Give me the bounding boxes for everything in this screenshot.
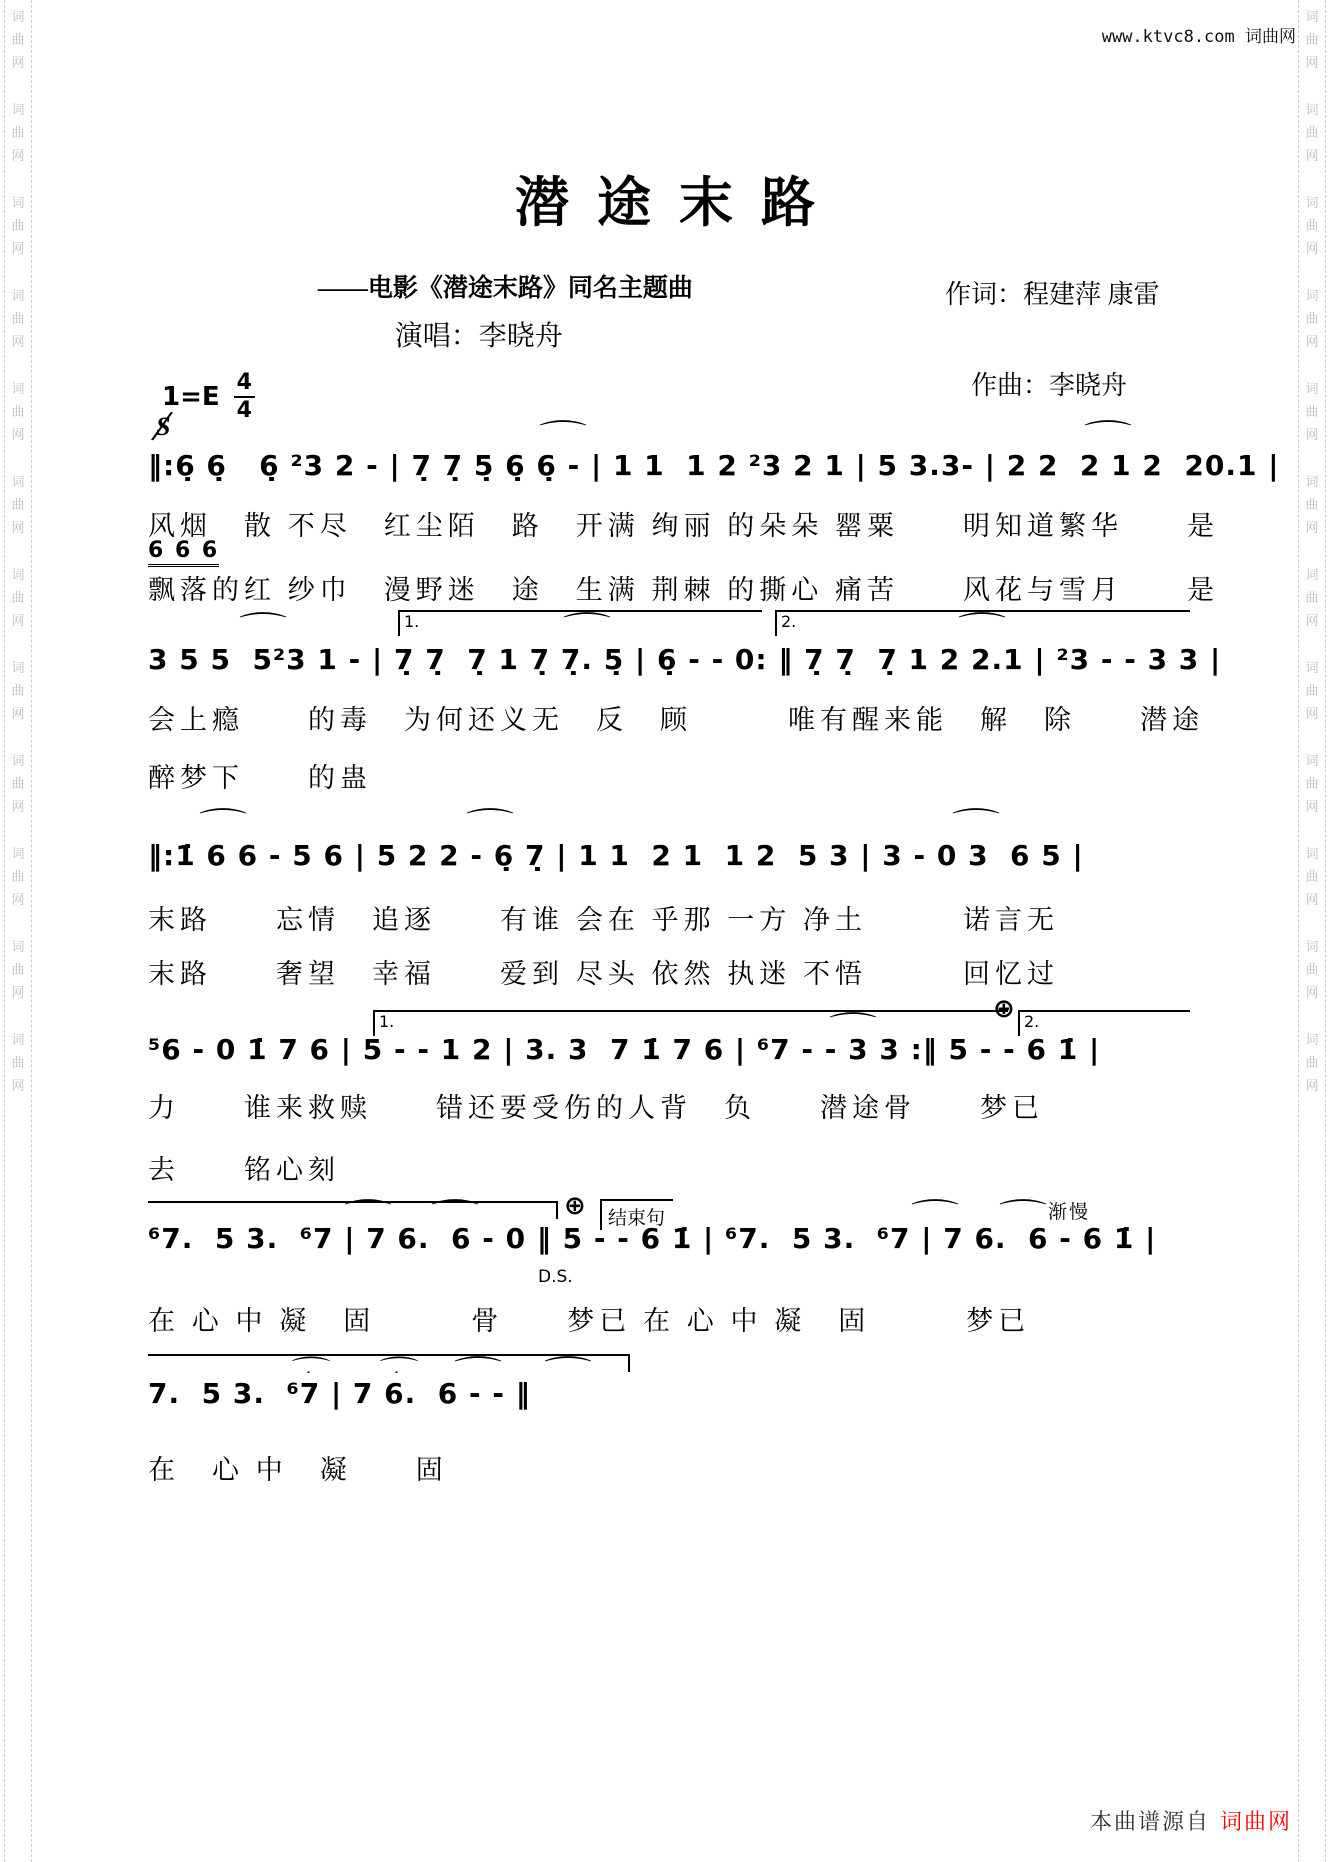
watermark-char: 词	[1305, 1033, 1318, 1046]
watermark-char: 曲	[1305, 312, 1318, 325]
ds-mark: D.S.	[538, 1267, 573, 1287]
watermark-char: 曲	[1305, 963, 1318, 976]
watermark-char: 网	[1305, 56, 1318, 69]
lyrics-verse1-line2: 会上瘾 的毒 为何还义无 反 顾 唯有醒来能 解 除 潜途	[148, 698, 1193, 737]
watermark-char: 曲	[11, 33, 24, 46]
watermark-char: 词	[1305, 661, 1318, 674]
music-system-5: ⊕ 结束句 渐慢 ⌒ ⌒ ⌒ ⌒ ⁶7. 5 3. ⁶7 | 7 6. 6 - …	[148, 1195, 1193, 1350]
time-signature: 4 4	[234, 372, 255, 422]
song-title: 潜途末路	[0, 160, 1330, 237]
lyricist-credit: 作词：程建萍 康雷	[945, 280, 1160, 309]
right-watermark-column: 词曲网词曲网词曲网词曲网词曲网词曲网词曲网词曲网词曲网词曲网词曲网词曲网	[1298, 0, 1326, 1862]
lyrics-ending-line2: 在 心 中 凝 固	[148, 1448, 1193, 1487]
lyrics-verse2-line2: 醉梦下 的蛊	[148, 756, 1193, 795]
lyrics-verse1-line1: 风烟 散 不尽 红尘陌 路 开满 绚丽 的朵朵 罂粟 明知道繁华 是	[148, 504, 1193, 543]
watermark-char: 网	[11, 800, 24, 813]
slur-icon: ⌒	[466, 810, 514, 840]
watermark-char: 网	[11, 986, 24, 999]
notes-line-4: ⁵6 - 0 1̇ 7 6 | 5 - - 1 2 | 3. 3 7 1̇ 7 …	[148, 1032, 1193, 1067]
time-upper: 4	[234, 372, 255, 398]
watermark-char: 词	[1305, 754, 1318, 767]
watermark-char: 网	[1305, 893, 1318, 906]
watermark-char: 曲	[11, 870, 24, 883]
notes-line-6: 7. 5 3. ⁶7 | 7 6. 6 - - ‖	[148, 1376, 1193, 1411]
watermark-char: 网	[1305, 428, 1318, 441]
watermark-char: 词	[1305, 940, 1318, 953]
music-system-4: 1. ⊕ 2. ⌒ ⁵6 - 0 1̇ 7 6 | 5 - - 1 2 | 3.…	[148, 1002, 1193, 1192]
notes-line-2: 3 5 5 5²3 1 - | 7̣ 7̣ 7̣ 1 7̣ 7̣. 5̣ | 6…	[148, 642, 1193, 677]
watermark-char: 曲	[1305, 591, 1318, 604]
watermark-char: 网	[1305, 1079, 1318, 1092]
watermark-char: 词	[1305, 382, 1318, 395]
watermark-char: 曲	[11, 963, 24, 976]
watermark-char: 曲	[11, 126, 24, 139]
notes-line-1: ‖:6̣ 6̣ 6̣ ²3 2 - | 7̣ 7̣ 5̣ 6̣ 6̣ - | 1…	[148, 448, 1193, 483]
coda-icon: ⊕	[564, 1193, 586, 1219]
music-system-6: ⌒· ⌒· ⌒ ⌒ 7. 5 3. ⁶7 | 7 6. 6 - - ‖ 在 心 …	[148, 1348, 1193, 1498]
watermark-char: 词	[11, 568, 24, 581]
lyrics-ending-line1: 在 心 中 凝 固 骨 梦已 在 心 中 凝 固 梦已	[148, 1299, 1193, 1338]
watermark-char: 网	[1305, 242, 1318, 255]
credits-block: 作词：程建萍 康雷 作曲：李晓舟	[945, 272, 1160, 409]
source-site-link[interactable]: 词曲网	[1220, 1809, 1292, 1834]
lyrics-chorus-line2a: 力 谁来救赎 错还要受伤的人背 负 潜途骨 梦已	[148, 1086, 1193, 1125]
watermark-char: 网	[11, 428, 24, 441]
watermark-char: 曲	[11, 777, 24, 790]
singer-credit: 演唱：李晓舟	[0, 314, 958, 354]
key-label: 1=E	[162, 382, 220, 412]
slur-icon: ⌒	[239, 614, 287, 644]
source-attribution: 本曲谱源自词曲网	[1090, 1805, 1292, 1836]
watermark-char: 网	[1305, 800, 1318, 813]
watermark-char: 网	[1305, 986, 1318, 999]
watermark-char: 词	[11, 1033, 24, 1046]
watermark-char: 网	[1305, 707, 1318, 720]
composer-credit: 作曲：李晓舟	[971, 371, 1127, 400]
watermark-char: 曲	[1305, 33, 1318, 46]
slur-icon: ⌒	[199, 810, 247, 840]
notes-line-3: ‖:1̇ 6 6 - 5 6 | 5 2 2 - 6̣ 7̣ | 1 1 2 1…	[148, 838, 1193, 873]
watermark-char: 网	[11, 893, 24, 906]
watermark-char: 词	[1305, 475, 1318, 488]
slur-icon: ⌒	[958, 614, 1006, 644]
coda-icon: ⊕	[993, 996, 1015, 1022]
watermark-char: 曲	[11, 498, 24, 511]
slur-icon: ⌒	[563, 614, 611, 644]
watermark-char: 网	[11, 56, 24, 69]
watermark-char: 词	[1305, 847, 1318, 860]
watermark-char: 曲	[11, 684, 24, 697]
watermark-char: 词	[11, 475, 24, 488]
watermark-char: 词	[11, 382, 24, 395]
watermark-char: 曲	[1305, 870, 1318, 883]
watermark-char: 网	[11, 242, 24, 255]
music-system-1: ⌒ ⌒ ‖:6̣ 6̣ 6̣ ²3 2 - | 7̣ 7̣ 5̣ 6̣ 6̣ -…	[148, 418, 1193, 618]
source-prefix: 本曲谱源自	[1090, 1809, 1210, 1834]
watermark-char: 曲	[11, 405, 24, 418]
sheet-music-page: 词曲网词曲网词曲网词曲网词曲网词曲网词曲网词曲网词曲网词曲网词曲网词曲网 词曲网…	[0, 0, 1330, 1862]
watermark-char: 词	[11, 103, 24, 116]
watermark-char: 词	[1305, 568, 1318, 581]
watermark-char: 曲	[11, 1056, 24, 1069]
site-url[interactable]: www.ktvc8.com 词曲网	[1102, 22, 1296, 47]
lyrics-chorus-line1b: 末路 奢望 幸福 爱到 尽头 依然 执迷 不悟 回忆过	[148, 952, 1193, 991]
watermark-char: 网	[11, 521, 24, 534]
lyrics-chorus-line2b: 去 铭心刻	[148, 1148, 1193, 1187]
watermark-char: 网	[1305, 614, 1318, 627]
watermark-char: 曲	[1305, 777, 1318, 790]
tempo-label: 渐慢	[1048, 1197, 1090, 1224]
slur-icon: ⌒	[952, 810, 1000, 840]
watermark-char: 词	[11, 10, 24, 23]
song-subtitle: ——电影《潜途末路》同名主题曲	[0, 268, 1011, 304]
watermark-char: 词	[11, 940, 24, 953]
music-system-3: ⌒ ⌒ ⌒ ‖:1̇ 6 6 - 5 6 | 5 2 2 - 6̣ 7̣ | 1…	[148, 810, 1193, 1000]
watermark-char: 词	[1305, 10, 1318, 23]
watermark-char: 曲	[1305, 405, 1318, 418]
watermark-char: 词	[11, 754, 24, 767]
watermark-char: 网	[11, 707, 24, 720]
watermark-char: 曲	[11, 591, 24, 604]
watermark-char: 曲	[1305, 1056, 1318, 1069]
watermark-char: 网	[1305, 521, 1318, 534]
watermark-char: 词	[11, 847, 24, 860]
music-system-2: 1. 2. ⌒ ⌒ ⌒ 3 5 5 5²3 1 - | 7̣ 7̣ 7̣ 1 7…	[148, 600, 1193, 800]
pickup-notes: 6 6 6	[148, 538, 219, 567]
watermark-char: 词	[1305, 103, 1318, 116]
notes-line-5: ⁶7. 5 3. ⁶7 | 7 6. 6 - 0 ‖ 5 - - 6 1̇ | …	[148, 1221, 1193, 1256]
watermark-char: 网	[1305, 335, 1318, 348]
watermark-char: 曲	[1305, 498, 1318, 511]
watermark-char: 曲	[1305, 126, 1318, 139]
watermark-char: 词	[11, 661, 24, 674]
watermark-char: 网	[11, 614, 24, 627]
lyrics-chorus-line1a: 末路 忘情 追逐 有谁 会在 乎那 一方 净土 诺言无	[148, 898, 1193, 937]
watermark-char: 曲	[1305, 684, 1318, 697]
watermark-char: 网	[11, 1079, 24, 1092]
watermark-char: 词	[1305, 289, 1318, 302]
